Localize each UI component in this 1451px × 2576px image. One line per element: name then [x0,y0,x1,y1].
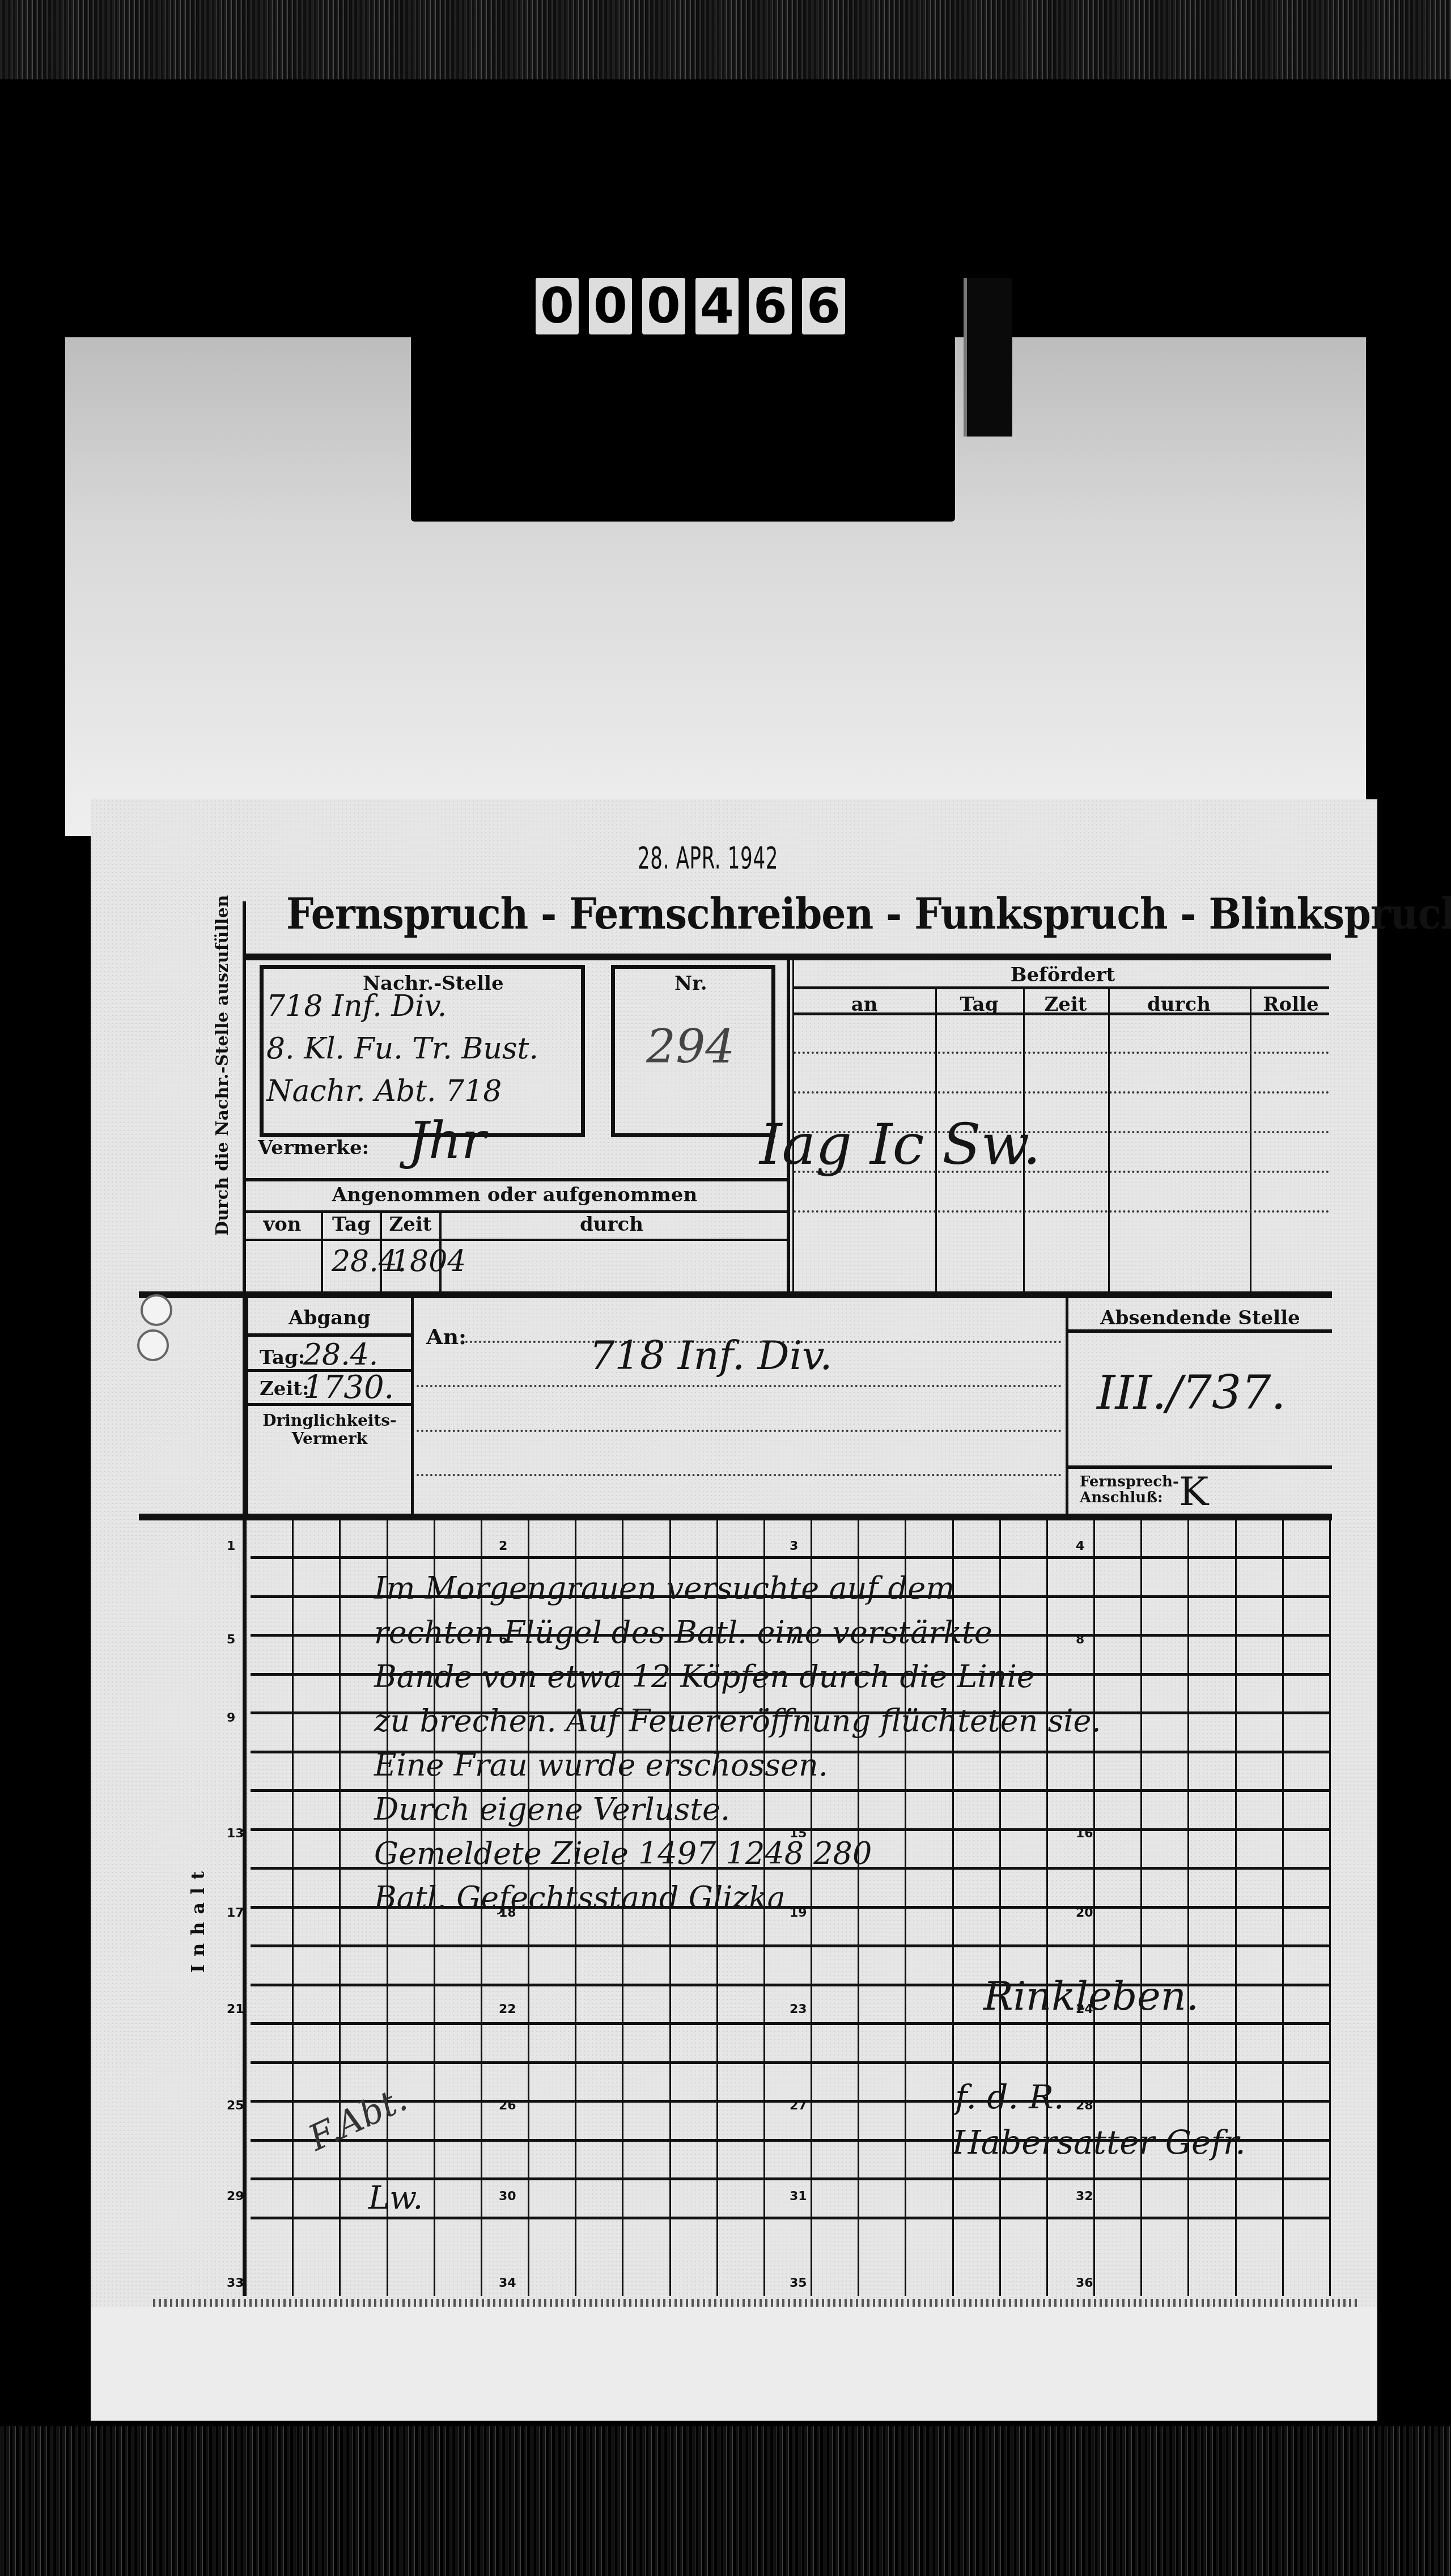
abgang-title: Abgang [248,1307,411,1329]
message-line: Eine Frau wurde erschossen. [374,1747,828,1783]
abgang-tag-label: Tag: [260,1346,305,1369]
signature-clerk: Habersatter Gefr. [952,2123,1246,2162]
dotted-line [417,1385,1062,1387]
message-line: Durch eigene Verluste. [374,1791,730,1827]
dotted-line [417,1430,1062,1432]
rule [243,1239,787,1241]
rule [248,1333,411,1337]
frame-counter: 0 0 0 4 6 6 [536,278,845,334]
signature-fdr: f. d. R. [955,2078,1064,2116]
rule [794,986,1329,989]
absendende-stelle-value: III./737. [1097,1366,1285,1420]
grid-number: 8 [1076,1633,1084,1647]
grid-number: 13 [227,1827,244,1841]
side-label-inhalt: Inhalt [187,1863,209,1973]
dotted-line [794,1052,1329,1054]
dotted-line [794,1091,1329,1094]
message-line: Gemeldete Ziele 1497 1248 280 [374,1836,872,1871]
margin-note: Lw. [368,2180,423,2217]
form-stub [91,2307,1377,2421]
grid-number: 33 [227,2276,244,2290]
col-header-von: von [244,1213,321,1236]
message-line: zu brechen. Auf Feuereröffnung flüchtete… [374,1703,1101,1739]
punch-hole [137,1329,169,1361]
col-divider [245,1298,248,1514]
vermerke-signature: Jhr [408,1111,486,1171]
fernsprech-label: Fernsprech-Anschluß: [1080,1474,1148,1506]
punch-hole [141,1294,172,1326]
grid-number: 36 [1076,2276,1093,2290]
grid-number: 32 [1076,2189,1093,2204]
side-label-top: Durch die Nachr.-Stelle auszufüllen [213,895,232,1236]
grid-number: 1 [227,1539,235,1553]
nachr-stelle-line: Nachr. Abt. 718 [266,1074,502,1108]
grid-number: 23 [790,2002,807,2016]
grid-row-line [251,1944,1329,1947]
col-divider [411,1298,414,1514]
grid-number: 25 [227,2099,244,2113]
grid-number: 5 [227,1633,235,1647]
message-line: rechten Flügel des Batl. eine verstärkte [374,1615,992,1650]
grid-number: 20 [1076,1906,1093,1920]
grid-row-line [251,1556,1329,1559]
counter-knob [964,278,1012,437]
signature-sender: Rinkleben. [983,1973,1199,2019]
col-divider [1108,988,1110,1293]
grid-column-line [245,1520,247,2296]
section-rule [139,1291,1332,1298]
abgang-zeit-value: 1730. [303,1369,394,1406]
grid-number: 2 [499,1539,507,1553]
grid-number: 19 [790,1906,807,1920]
film-edge-bottom [0,2426,1451,2576]
an-value: 718 Inf. Div. [589,1332,833,1379]
form-title: Fernspruch - Fernschreiben - Funkspruch … [286,890,1451,939]
nachr-stelle-line: 8. Kl. Fu. Tr. Bust. [266,1032,538,1066]
grid-number: 27 [790,2099,807,2113]
grid-number: 26 [499,2099,516,2113]
grid-row-line [251,2061,1329,2064]
counter-digit: 4 [695,278,739,334]
grid-number: 35 [790,2276,807,2290]
col-header-durch: durch [442,1213,782,1236]
abgang-tag-value: 28.4. [303,1338,378,1372]
nr-value: 294 [646,1020,735,1074]
befoerdert-handwritten: Iag Ic Sw. [760,1111,1041,1177]
grid-number: 4 [1076,1539,1084,1553]
col-header-zeit: Zeit [382,1213,439,1236]
counter-digit: 0 [536,278,579,334]
grid-row-line [251,2217,1329,2219]
dotted-line [794,1210,1329,1213]
perforation [153,2299,1360,2307]
grid-number: 17 [227,1906,244,1920]
dringlichkeit-label: Dringlichkeits-Vermerk [248,1412,411,1448]
nachr-stelle-line: 718 Inf. Div. [266,989,447,1023]
counter-digit: 6 [749,278,792,334]
rule [794,1012,1329,1015]
message-line: Bande von etwa 12 Köpfen durch die Linie [374,1659,1035,1694]
grid-number: 29 [227,2189,244,2204]
rule [248,1403,411,1406]
absendende-stelle-label: Absendende Stelle [1068,1307,1332,1329]
col-divider [1250,988,1251,1293]
angenommen-title: Angenommen oder aufgenommen [243,1184,787,1206]
abgang-zeit-label: Zeit: [260,1378,309,1400]
counter-digit: 0 [642,278,685,334]
grid-column-line [1329,1520,1331,2296]
counter-digit: 6 [802,278,845,334]
rule [243,1178,787,1181]
rule [1068,1329,1332,1333]
grid-number: 28 [1076,2099,1093,2113]
col-header-tag: Tag [323,1213,380,1236]
grid-number: 16 [1076,1827,1093,1841]
grid-number: 34 [499,2276,516,2290]
message-line: Im Morgengrauen versuchte auf dem [374,1570,954,1606]
dotted-line [417,1474,1062,1476]
film-edge-top [0,0,1451,79]
befoerdert-title: Befördert [794,964,1332,986]
grid-number: 22 [499,2002,516,2016]
date-stamp: 28. APR. 1942 [638,840,778,876]
vermerke-label: Vermerke: [258,1137,369,1159]
section-rule [139,1514,1332,1520]
angenommen-zeit-value: 1804 [391,1244,466,1278]
fernsprech-value: K [1179,1468,1208,1515]
grid-number: 3 [790,1539,798,1553]
grid-number: 21 [227,2002,244,2016]
nr-label: Nr. [674,972,707,995]
an-label: An: [426,1324,466,1349]
grid-number: 30 [499,2189,516,2204]
grid-number: 9 [227,1711,235,1725]
message-line: Batl. Gefechtsstand Glizka [374,1880,786,1916]
grid-number: 31 [790,2189,807,2204]
grid-row-line [251,2022,1329,2025]
counter-digit: 0 [589,278,632,334]
